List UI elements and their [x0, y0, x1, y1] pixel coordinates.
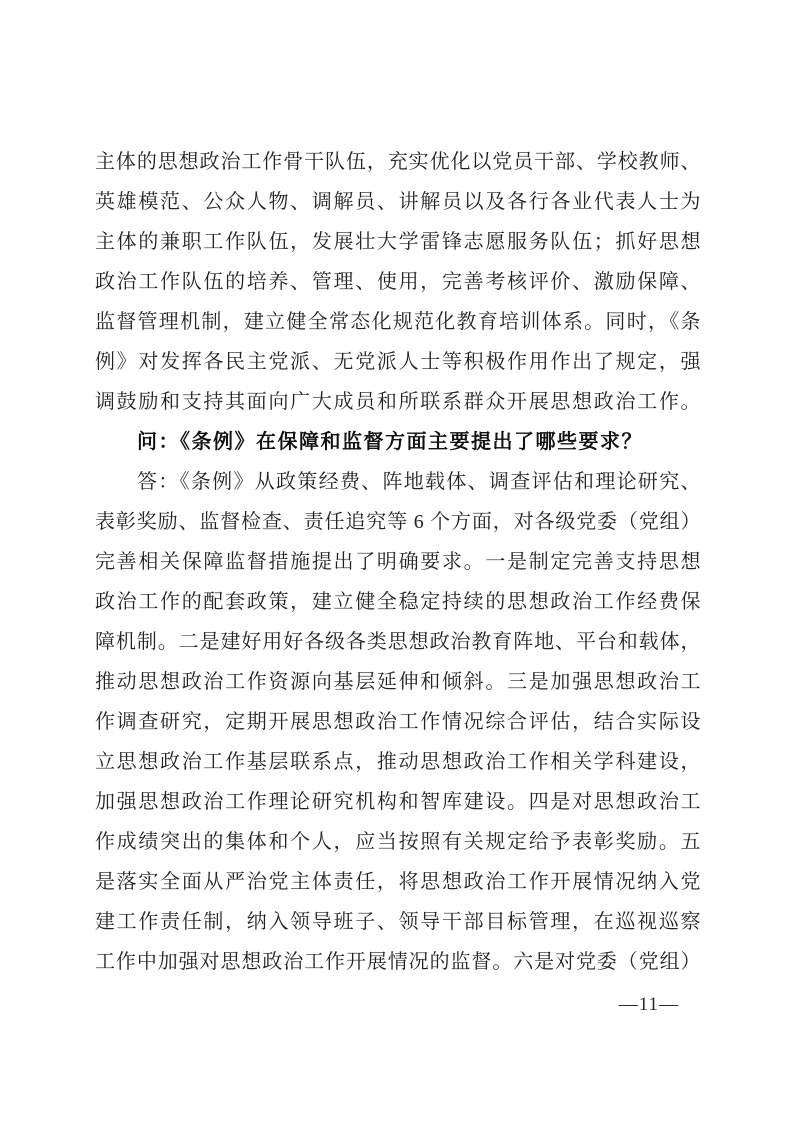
text-line: 完善相关保障监督措施提出了明确要求。一是制定完善支持思想 — [95, 542, 701, 582]
text-line: 立思想政治工作基层联系点，推动思想政治工作相关学科建设， — [95, 742, 701, 782]
text-line: 表彰奖励、监督检查、责任追究等 6 个方面，对各级党委（党组） — [95, 502, 701, 542]
text-line: 障机制。二是建好用好各级各类思想政治教育阵地、平台和载体， — [95, 622, 701, 662]
text-line: 调鼓励和支持其面向广大成员和所联系群众开展思想政治工作。 — [95, 382, 701, 422]
text-line: 政治工作队伍的培养、管理、使用，完善考核评价、激励保障、 — [95, 262, 701, 302]
text-line: 建工作责任制，纳入领导班子、领导干部目标管理，在巡视巡察 — [95, 902, 701, 942]
text-line: 政治工作的配套政策，建立健全稳定持续的思想政治工作经费保 — [95, 582, 701, 622]
text-line: 英雄模范、公众人物、调解员、讲解员以及各行各业代表人士为 — [95, 182, 701, 222]
text-line: 答：《条例》从政策经费、阵地载体、调查评估和理论研究、 — [95, 462, 701, 502]
text-line: 主体的兼职工作队伍，发展壮大学雷锋志愿服务队伍；抓好思想 — [95, 222, 701, 262]
document-body: 主体的思想政治工作骨干队伍，充实优化以党员干部、学校教师、 英雄模范、公众人物、… — [95, 142, 701, 982]
text-line: 作调查研究，定期开展思想政治工作情况综合评估，结合实际设 — [95, 702, 701, 742]
text-line: 主体的思想政治工作骨干队伍，充实优化以党员干部、学校教师、 — [95, 142, 701, 182]
text-line: 监督管理机制，建立健全常态化规范化教育培训体系。同时，《条 — [95, 302, 701, 342]
document-page: 主体的思想政治工作骨干队伍，充实优化以党员干部、学校教师、 英雄模范、公众人物、… — [0, 0, 793, 1122]
question-heading: 问：《条例》在保障和监督方面主要提出了哪些要求？ — [95, 422, 701, 462]
text-line: 加强思想政治工作理论研究机构和智库建设。四是对思想政治工 — [95, 782, 701, 822]
text-line: 是落实全面从严治党主体责任，将思想政治工作开展情况纳入党 — [95, 862, 701, 902]
text-line: 工作中加强对思想政治工作开展情况的监督。六是对党委（党组） — [95, 942, 701, 982]
page-number: —11— — [95, 994, 701, 1016]
text-line: 推动思想政治工作资源向基层延伸和倾斜。三是加强思想政治工 — [95, 662, 701, 702]
text-line: 例》对发挥各民主党派、无党派人士等积极作用作出了规定，强 — [95, 342, 701, 382]
text-line: 作成绩突出的集体和个人，应当按照有关规定给予表彰奖励。五 — [95, 822, 701, 862]
